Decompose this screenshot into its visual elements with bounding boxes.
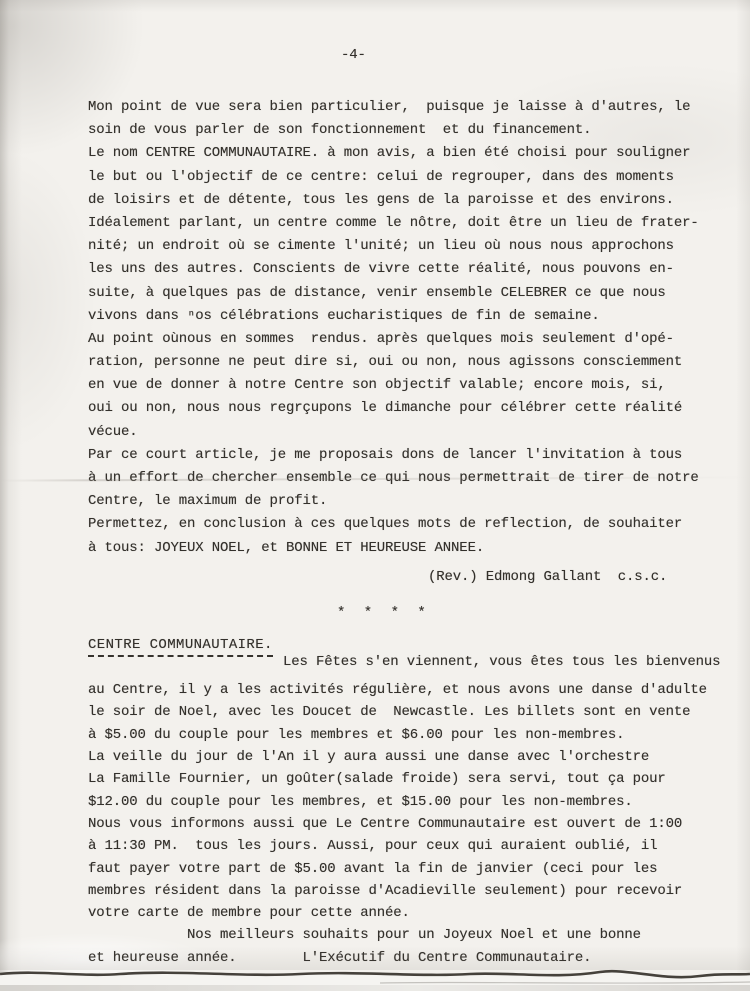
text-line: Centre, le maximum de profit. xyxy=(88,490,728,513)
text-line: vivons dans ⁿos célébrations eucharistiq… xyxy=(88,305,728,328)
article-2-body: au Centre, il y a les activités régulièr… xyxy=(88,679,728,969)
text-line: Par ce court article, je me proposais do… xyxy=(88,444,728,467)
article-1-body: Mon point de vue sera bien particulier, … xyxy=(88,96,728,560)
text-line: membres résident dans la paroisse d'Acad… xyxy=(88,880,728,902)
page-number: -4- xyxy=(341,47,366,63)
scan-bottom-edge xyxy=(0,985,750,991)
scanned-typewritten-page: -4- Mon point de vue sera bien particuli… xyxy=(0,0,750,991)
text-line: à 11:30 PM. tous les jours. Aussi, pour … xyxy=(88,835,728,857)
text-line: le but ou l'objectif de ce centre: celui… xyxy=(88,166,728,189)
text-line: au Centre, il y a les activités régulièr… xyxy=(88,679,728,701)
section-heading: CENTRE COMMUNAUTAIRE. xyxy=(88,637,273,657)
text-line: suite, à quelques pas de distance, venir… xyxy=(88,282,728,305)
text-line: à tous: JOYEUX NOEL, et BONNE ET HEUREUS… xyxy=(88,537,728,560)
text-line: de loisirs et de détente, tous les gens … xyxy=(88,189,728,212)
text-line: soin de vous parler de son fonctionnemen… xyxy=(88,119,728,142)
text-line: les uns des autres. Conscients de vivre … xyxy=(88,258,728,281)
text-line: Le nom CENTRE COMMUNAUTAIRE. à mon avis,… xyxy=(88,142,728,165)
text-line: nité; un endroit où se cimente l'unité; … xyxy=(88,235,728,258)
signature-line: (Rev.) Edmong Gallant c.s.c. xyxy=(88,566,728,589)
section-heading-row: CENTRE COMMUNAUTAIRE. Les Fêtes s'en vie… xyxy=(88,637,728,679)
text-line: Idéalement parlant, un centre comme le n… xyxy=(88,212,728,235)
text-line: à $5.00 du couple pour les membres et $6… xyxy=(88,724,728,746)
text-line: votre carte de membre pour cette année. xyxy=(88,902,728,924)
closing-line: Nos meilleurs souhaits pour un Joyeux No… xyxy=(88,924,728,946)
text-line: La Famille Fournier, un goûter(salade fr… xyxy=(88,768,728,790)
text-line: en vue de donner à notre Centre son obje… xyxy=(88,374,728,397)
text-line: $12.00 du couple pour les membres, et $1… xyxy=(88,791,728,813)
text-line: le soir de Noel, avec les Doucet de Newc… xyxy=(88,701,728,723)
section-first-line: Les Fêtes s'en viennent, vous êtes tous … xyxy=(283,654,720,670)
page-content: Mon point de vue sera bien particulier, … xyxy=(88,96,728,969)
text-line: Mon point de vue sera bien particulier, … xyxy=(88,96,728,119)
text-line: La veille du jour de l'An il y aura auss… xyxy=(88,746,728,768)
text-line: faut payer votre part de $5.00 avant la … xyxy=(88,858,728,880)
text-line: Nous vous informons aussi que Le Centre … xyxy=(88,813,728,835)
text-line: Permettez, en conclusion à ces quelques … xyxy=(88,513,728,536)
text-line: oui ou non, nous nous regrçupons le dima… xyxy=(88,397,728,420)
text-line: ration, personne ne peut dire si, oui ou… xyxy=(88,351,728,374)
stars-separator: * * * * xyxy=(88,602,728,625)
text-line: vécue. xyxy=(88,421,728,444)
text-line: Au point oùnous en sommes rendus. après … xyxy=(88,328,728,351)
